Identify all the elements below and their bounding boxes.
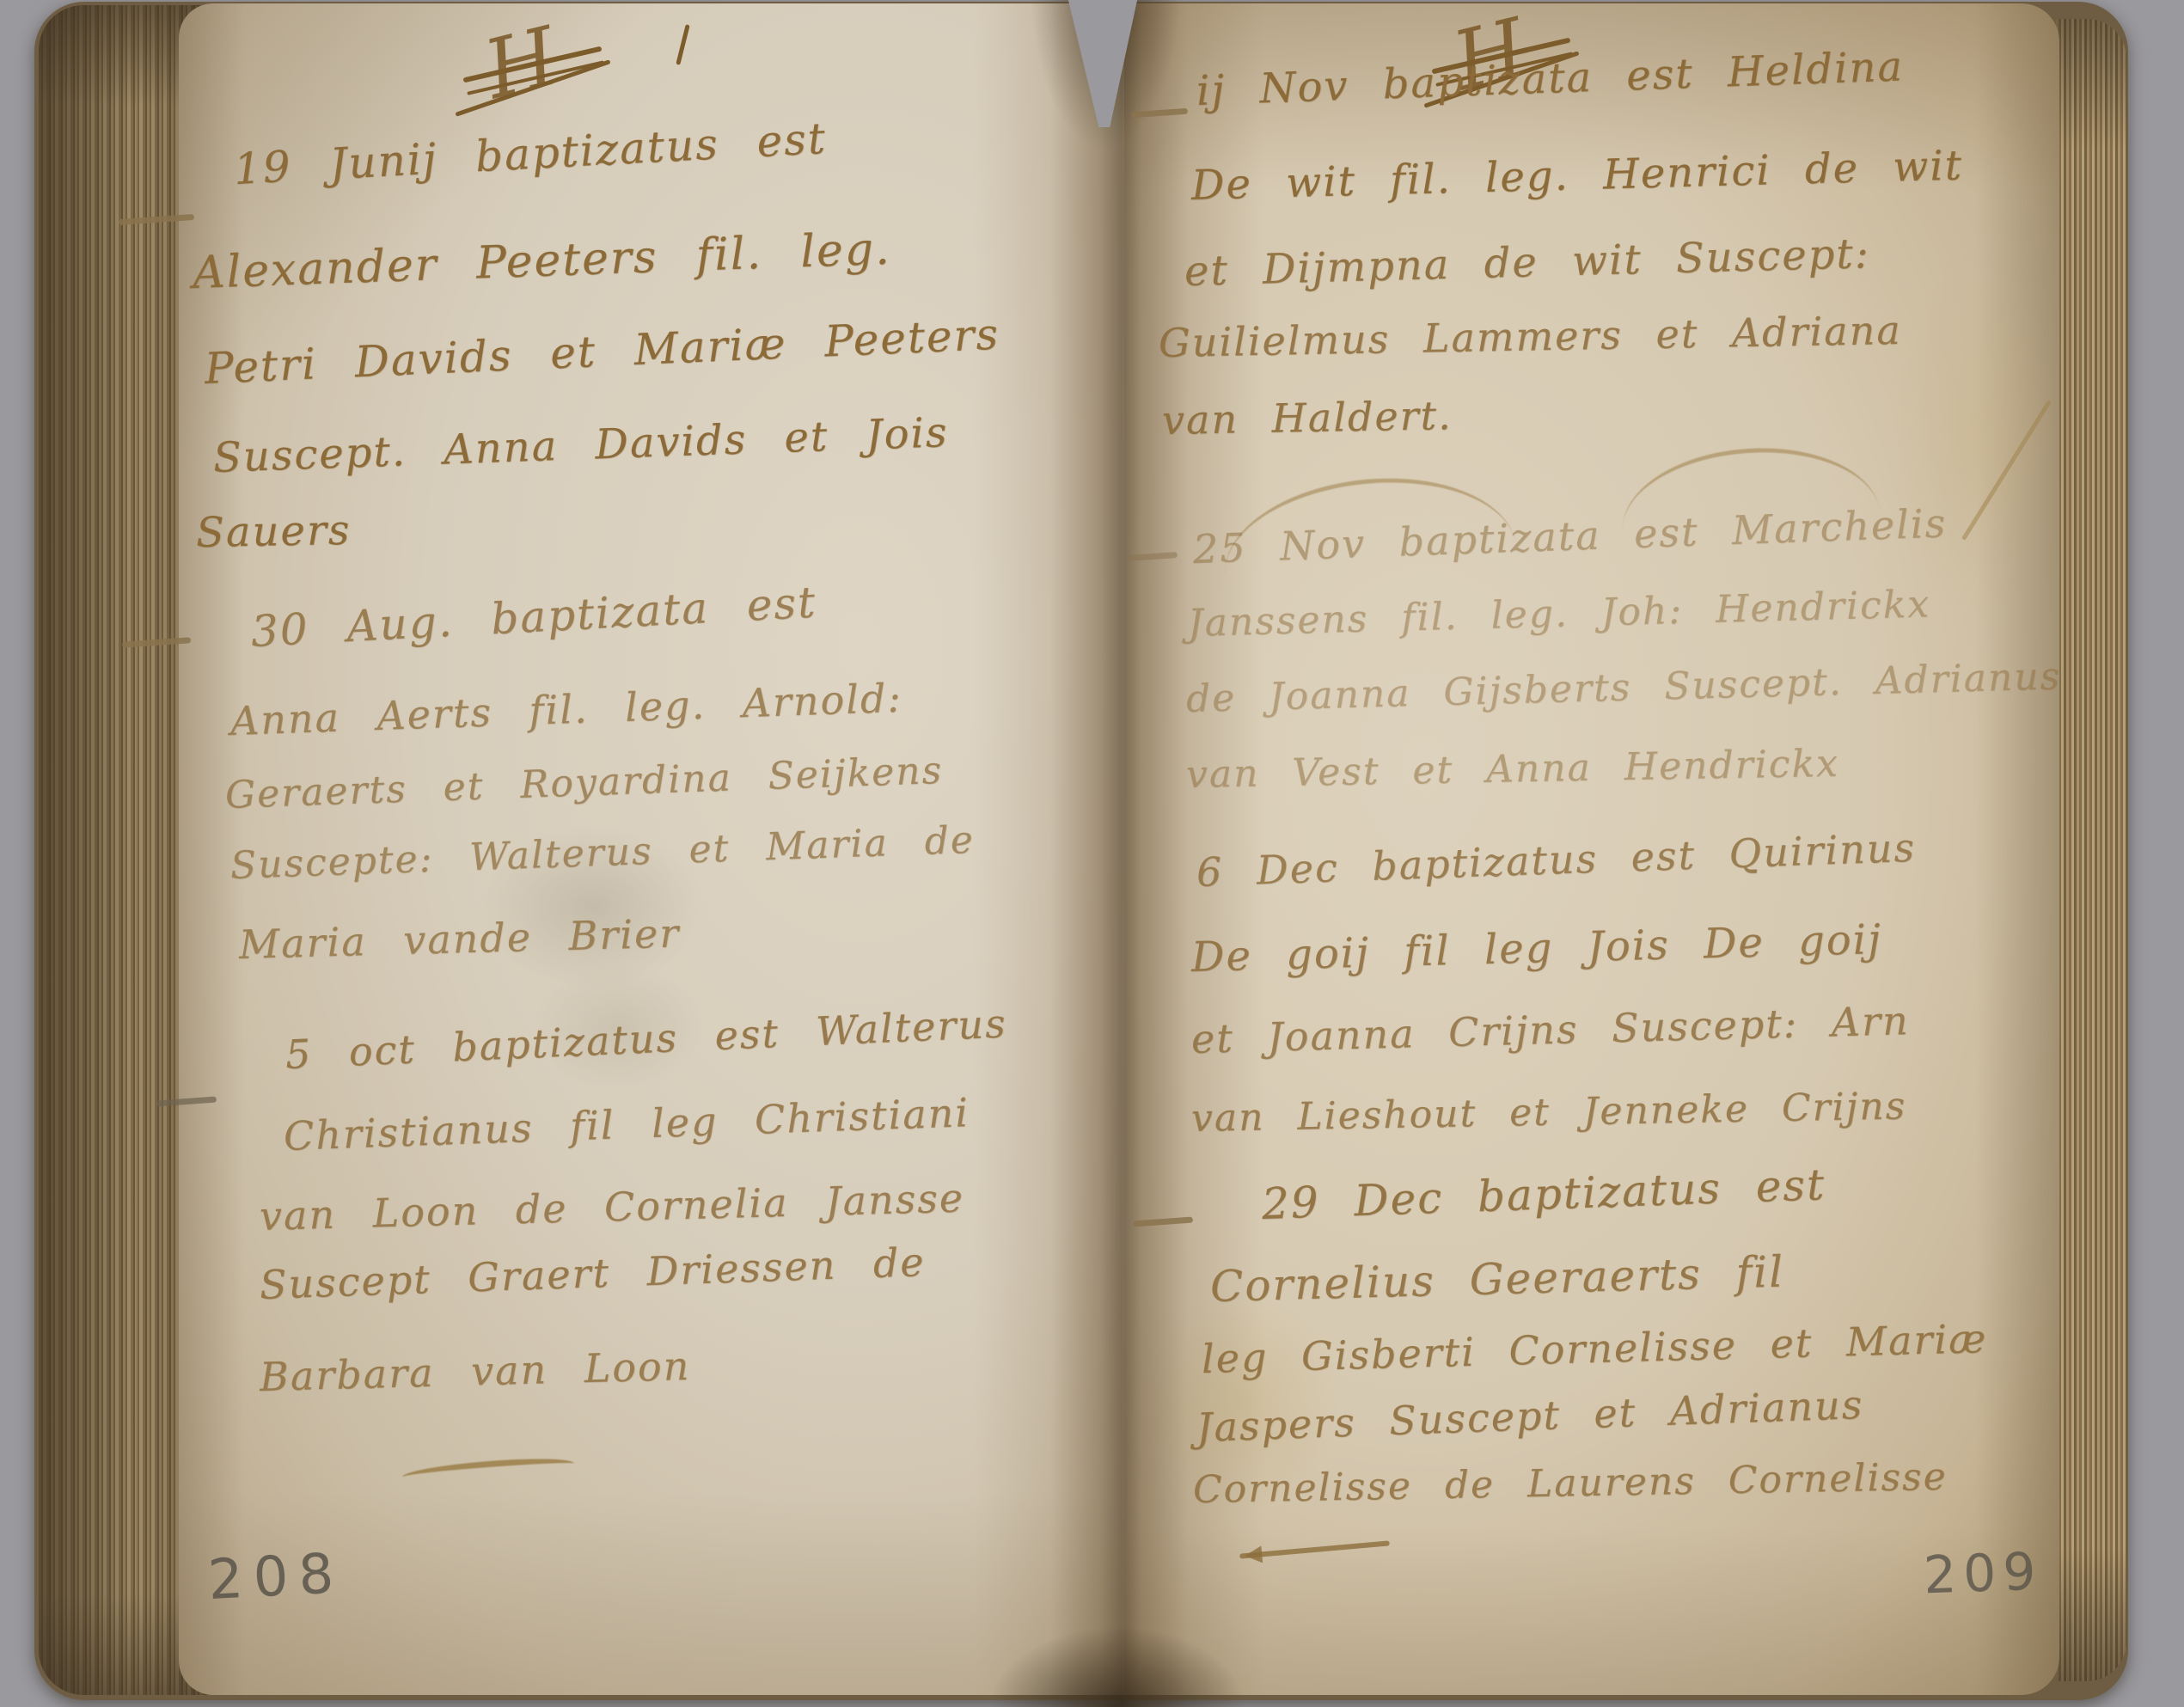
gutter-shadow xyxy=(1050,0,1188,1707)
page-number: 208 xyxy=(206,1542,346,1612)
right-page-edge-stack xyxy=(2056,19,2126,1681)
header-mark-glyph: H xyxy=(476,0,608,118)
gutter-bottom-shadow xyxy=(988,1626,1246,1707)
entry-line: Sauers xyxy=(196,506,352,557)
entry-line: van Haldert. xyxy=(1162,392,1453,444)
manuscript-photo: H 19 Junij baptizatus est Alexander Peet… xyxy=(0,0,2184,1707)
crossed-header-mark: H xyxy=(486,12,597,115)
paper-stain xyxy=(1891,258,2063,619)
page-number: 209 xyxy=(1923,1542,2044,1606)
